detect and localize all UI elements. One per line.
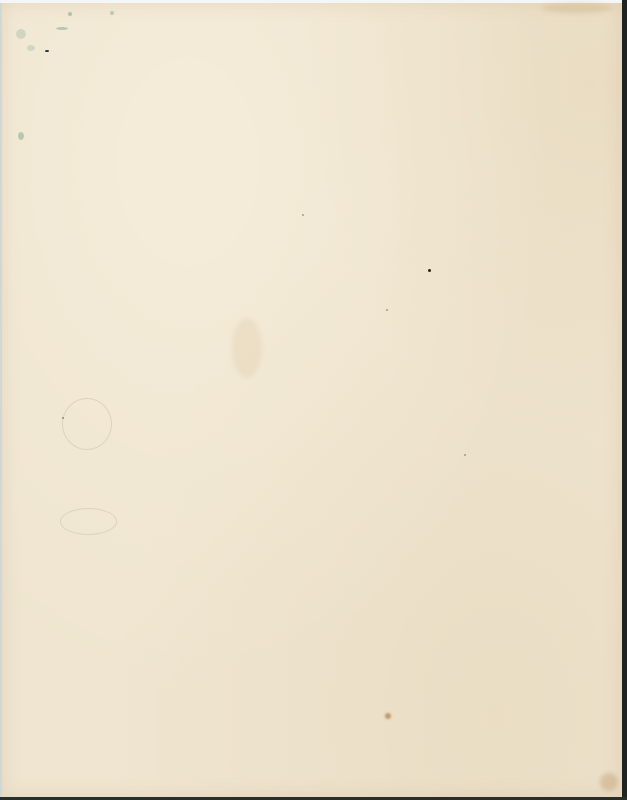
faint-pencil-mark — [60, 508, 117, 535]
dark-speck — [302, 214, 304, 216]
scan-right-edge — [622, 0, 627, 800]
green-speck — [16, 29, 26, 39]
dark-speck — [428, 269, 431, 272]
corner-stain — [600, 773, 618, 791]
dark-speck — [464, 454, 466, 456]
dark-speck — [45, 50, 49, 52]
foxing-stain — [385, 713, 391, 719]
dark-speck — [386, 309, 388, 311]
faint-pencil-mark — [62, 398, 112, 450]
green-speck — [56, 27, 68, 30]
green-speck — [68, 12, 72, 16]
scanned-page — [0, 0, 627, 800]
green-speck — [18, 132, 24, 140]
edge-stain — [542, 3, 612, 13]
foxing-stain — [232, 318, 262, 378]
green-speck — [110, 11, 114, 15]
blank-paper-sheet — [2, 3, 622, 797]
green-speck — [27, 45, 35, 51]
